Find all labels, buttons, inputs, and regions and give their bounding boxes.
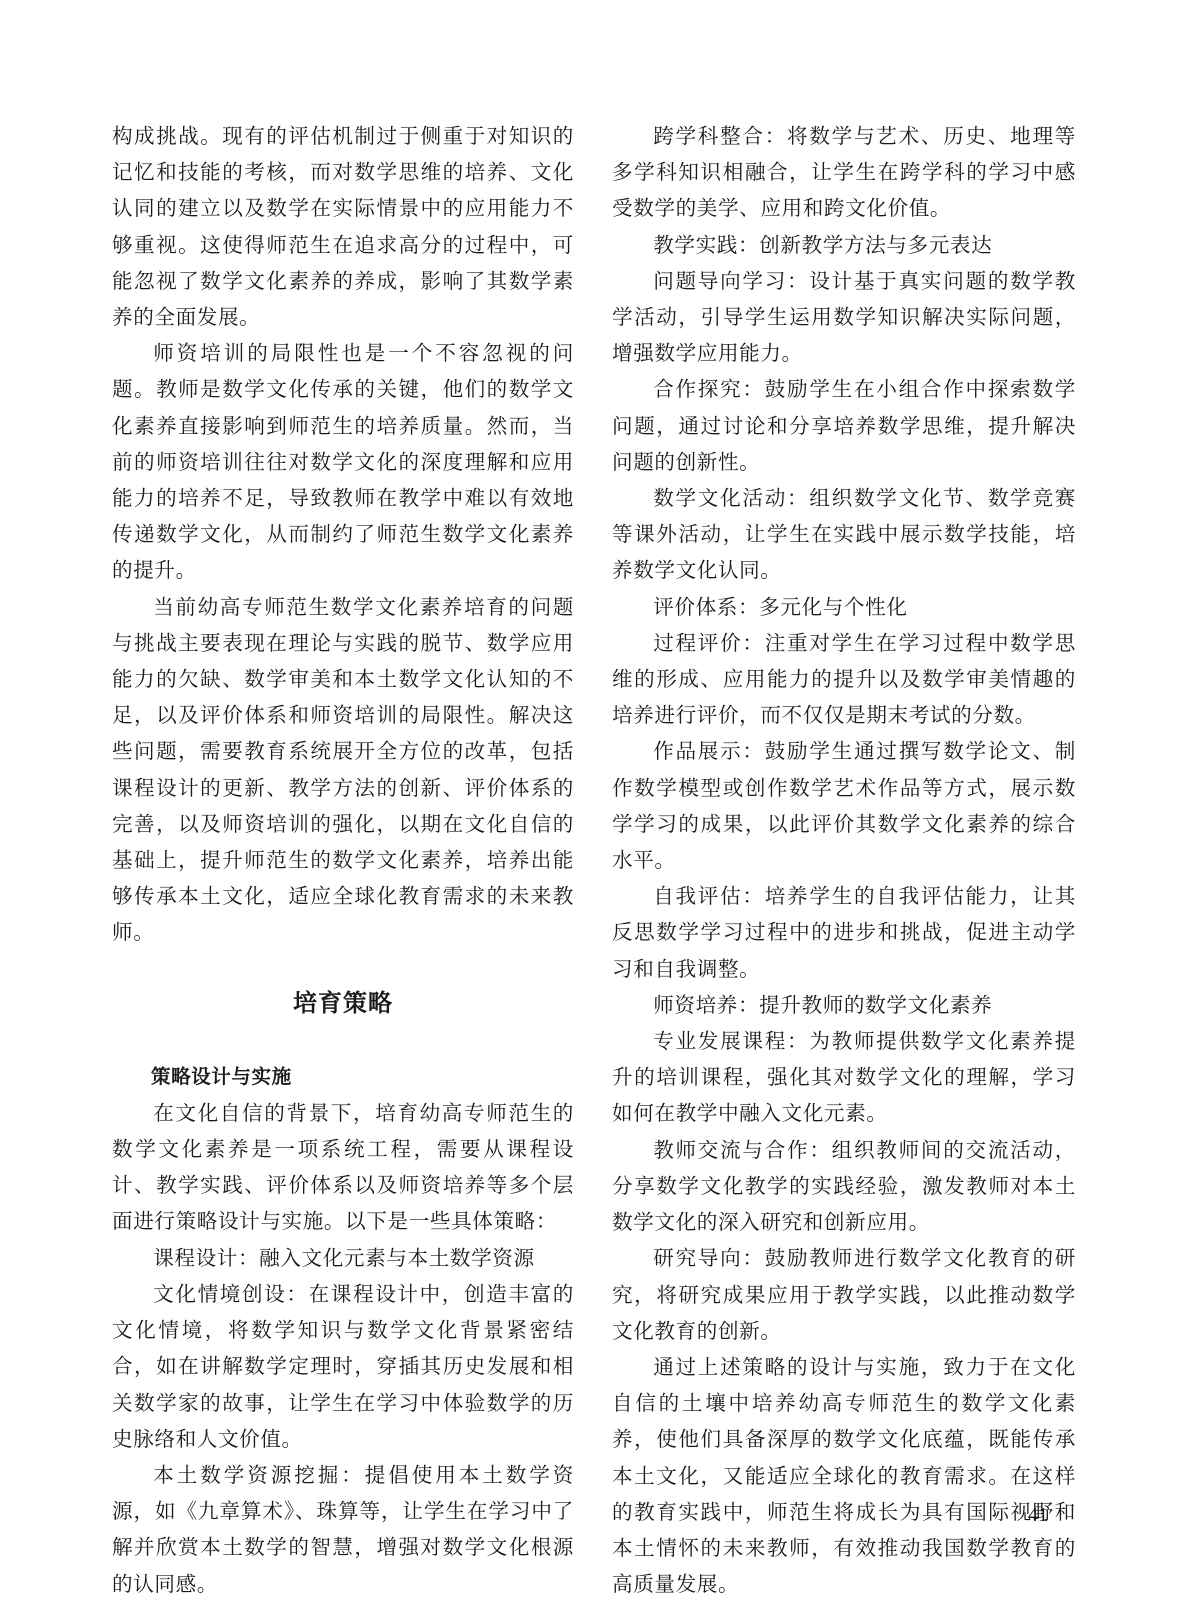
paragraph: 文化情境创设：在课程设计中，创造丰富的文化情境，将数学知识与数学文化背景紧密结合… xyxy=(112,1276,574,1457)
paragraph: 作品展示：鼓励学生通过撰写数学论文、制作数学模型或创作数学艺术作品等方式，展示数… xyxy=(612,733,1076,878)
paragraph-heading: 教学实践：创新教学方法与多元表达 xyxy=(612,227,1076,263)
paragraph: 研究导向：鼓励教师进行数学文化教育的研究，将研究成果应用于教学实践，以此推动数学… xyxy=(612,1240,1076,1349)
paragraph: 合作探究：鼓励学生在小组合作中探索数学问题，通过讨论和分享培养数学思维，提升解决… xyxy=(612,371,1076,480)
paragraph: 跨学科整合：将数学与艺术、历史、地理等多学科知识相融合，让学生在跨学科的学习中感… xyxy=(612,118,1076,227)
subsection-title: 策略设计与实施 xyxy=(112,1059,574,1095)
paragraph: 当前幼高专师范生数学文化素养培育的问题与挑战主要表现在理论与实践的脱节、数学应用… xyxy=(112,589,574,951)
paragraph: 师资培训的局限性也是一个不容忽视的问题。教师是数学文化传承的关键，他们的数学文化… xyxy=(112,335,574,588)
paragraph: 教师交流与合作：组织教师间的交流活动，分享数学文化教学的实践经验，激发教师对本土… xyxy=(612,1132,1076,1241)
paragraph: 专业发展课程：为教师提供数学文化素养提升的培训课程，强化其对数学文化的理解，学习… xyxy=(612,1023,1076,1132)
page-number: 41 xyxy=(1028,1504,1048,1527)
paragraph-heading: 课程设计：融入文化元素与本土数学资源 xyxy=(112,1240,574,1276)
paragraph: 过程评价：注重对学生在学习过程中数学思维的形成、应用能力的提升以及数学审美情趣的… xyxy=(612,625,1076,734)
paragraph-continued: 构成挑战。现有的评估机制过于侧重于对知识的记忆和技能的考核，而对数学思维的培养、… xyxy=(112,118,574,335)
paragraph: 问题导向学习：设计基于真实问题的数学教学活动，引导学生运用数学知识解决实际问题，… xyxy=(612,263,1076,372)
document-page: 构成挑战。现有的评估机制过于侧重于对知识的记忆和技能的考核，而对数学思维的培养、… xyxy=(0,0,1191,1616)
section-title: 培育策略 xyxy=(112,983,574,1023)
paragraph-heading: 师资培养：提升教师的数学文化素养 xyxy=(612,987,1076,1023)
paragraph: 在文化自信的背景下，培育幼高专师范生的数学文化素养是一项系统工程，需要从课程设计… xyxy=(112,1095,574,1240)
paragraph: 数学文化活动：组织数学文化节、数学竞赛等课外活动，让学生在实践中展示数学技能，培… xyxy=(612,480,1076,589)
left-column: 构成挑战。现有的评估机制过于侧重于对知识的记忆和技能的考核，而对数学思维的培养、… xyxy=(112,118,574,1602)
paragraph: 自我评估：培养学生的自我评估能力，让其反思数学学习过程中的进步和挑战，促进主动学… xyxy=(612,878,1076,987)
paragraph-heading: 评价体系：多元化与个性化 xyxy=(612,589,1076,625)
right-column: 跨学科整合：将数学与艺术、历史、地理等多学科知识相融合，让学生在跨学科的学习中感… xyxy=(612,118,1076,1602)
paragraph: 通过上述策略的设计与实施，致力于在文化自信的土壤中培养幼高专师范生的数学文化素养… xyxy=(612,1349,1076,1602)
paragraph: 本土数学资源挖掘：提倡使用本土数学资源，如《九章算术》、珠算等，让学生在学习中了… xyxy=(112,1457,574,1602)
